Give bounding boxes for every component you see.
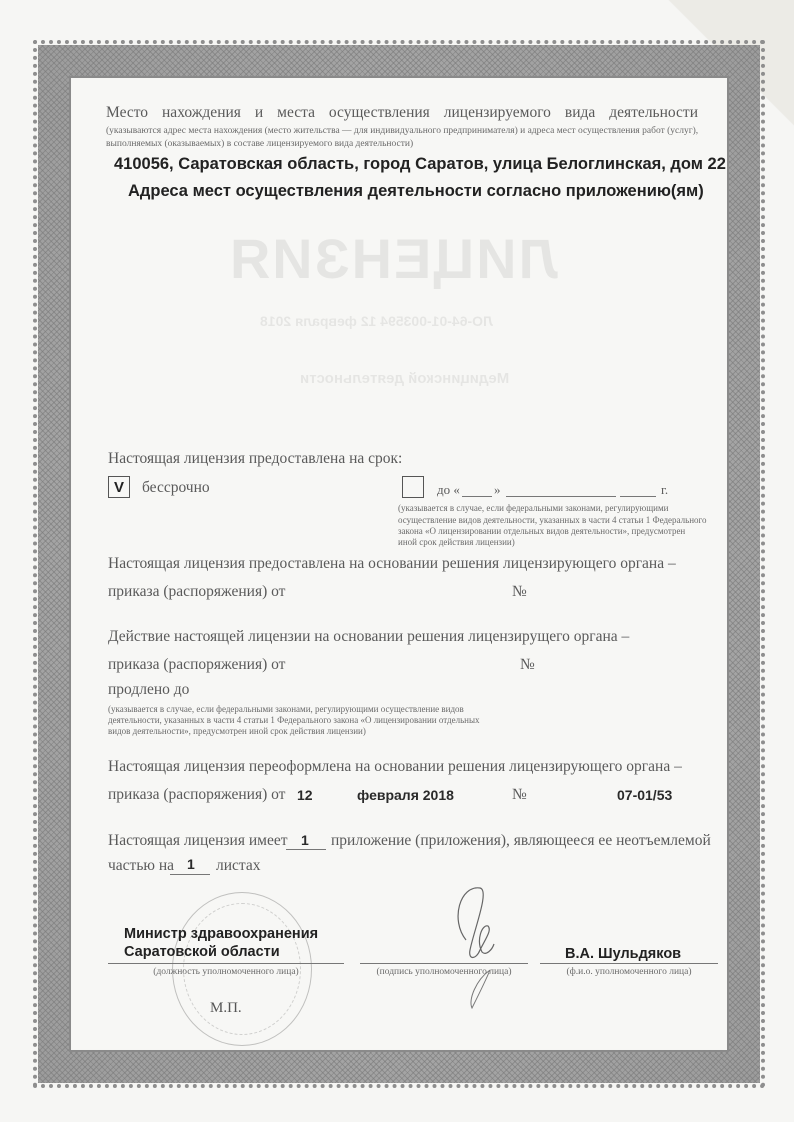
activity-addresses: Адреса мест осуществления деятельности с… [128,182,704,201]
term-heading: Настоящая лицензия предоставлена на срок… [108,450,402,468]
sheets-count: 1 [187,856,195,872]
appendix-count: 1 [301,832,309,848]
extended-number-label: № [520,656,535,674]
reissued-month-year: февраля 2018 [357,787,454,803]
ghost-title: ЛИЦЕНЗИЯ [228,226,558,291]
name-line [540,963,718,964]
until-note-4: иной срок действия лицензии) [398,536,515,549]
until-year-field[interactable] [620,496,656,497]
name-caption: (ф.и.о. уполномоченного лица) [540,967,718,977]
place-heading: Место нахождения и места осуществления л… [106,104,698,122]
sheets-after: листах [216,857,261,875]
sheets-before: частью на [108,857,174,875]
extended-heading: Действие настоящей лицензии на основании… [108,628,629,646]
reissued-number: 07-01/53 [617,787,672,803]
address: 410056, Саратовская область, город Сарат… [114,155,726,174]
until-prefix: до « [437,482,460,498]
extended-order-label: приказа (распоряжения) от [108,656,285,674]
until-quote-close: » [494,482,501,498]
appendix-text-before: Настоящая лицензия имеет [108,832,287,850]
place-note-1: (указываются адрес места нахождения (мес… [106,125,698,138]
seal-place-label: М.П. [210,1000,242,1017]
granted-order-label: приказа (распоряжения) от [108,583,285,601]
sheets-field [170,874,210,875]
ghost-activity: Медицинской деятельности [300,370,509,387]
extended-until-label: продлено до [108,681,189,699]
extended-note-3: видов деятельности», предусмотрен иной с… [108,725,366,738]
signature-caption: (подпись уполномоченного лица) [360,967,528,977]
until-day-field[interactable] [462,496,492,497]
until-suffix: г. [661,482,668,498]
position-line-2: Саратовской области [124,944,280,960]
reissued-number-label: № [512,786,527,804]
position-caption: (должность уполномоченного лица) [108,967,344,977]
position-line-1: Министр здравоохранения [124,926,318,942]
granted-number-label: № [512,583,527,601]
signature-line [360,963,528,964]
until-month-field[interactable] [506,496,616,497]
reissued-order-label: приказа (распоряжения) от [108,786,285,804]
ghost-number-line: ЛО-64-01-003594 12 февраля 2018 [260,313,493,329]
until-note-1: (указывается в случае, если федеральными… [398,503,668,515]
signatory-name: В.А. Шульдяков [565,946,681,962]
indefinite-checkbox[interactable]: V [108,476,130,498]
position-line [108,963,344,964]
appendix-count-field [286,849,326,850]
granted-heading: Настоящая лицензия предоставлена на осно… [108,555,676,573]
until-checkbox[interactable] [402,476,424,498]
indefinite-label: бессрочно [142,479,210,497]
reissued-heading: Настоящая лицензия переоформлена на осно… [108,758,682,776]
license-page: ЛИЦЕНЗИЯ ЛО-64-01-003594 12 февраля 2018… [0,0,794,1122]
appendix-text-after: приложение (приложения), являющееся ее н… [331,832,711,850]
place-note-2: выполняемых (оказываемых) в составе лице… [106,138,413,151]
handwritten-signature [430,880,530,1010]
reissued-day: 12 [297,787,313,803]
